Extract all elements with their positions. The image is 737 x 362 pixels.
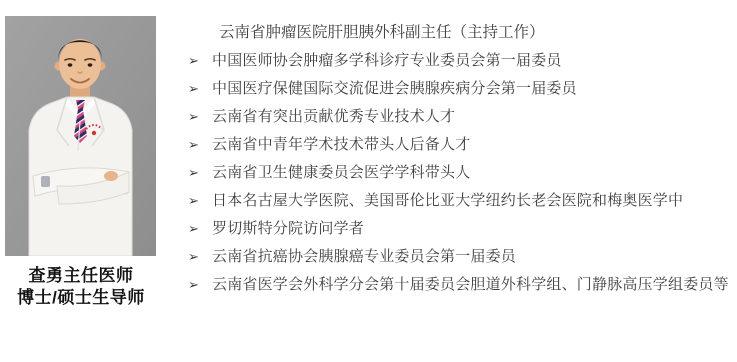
credential-item: ➢ 云南省医学会外科学分会第十届委员会胆道外科学组、门静脉高压学组委员等 (185, 271, 733, 299)
profile-page: 查勇主任医师 博士/硕士生导师 云南省肿瘤医院肝胆胰外科副主任（主持工作） ➢ … (0, 0, 737, 362)
credential-item: ➢ 中国医师协会肿瘤多学科诊疗专业委员会第一届委员 (185, 47, 733, 75)
doctor-portrait-illustration (5, 16, 156, 256)
credential-item: ➢ 云南省抗癌协会胰腺癌专业委员会第一届委员 (185, 243, 733, 271)
credential-item: ➢ 中国医疗保健国际交流促进会胰腺疾病分会第一届委员 (185, 75, 733, 103)
credential-item: ➢ 云南省卫生健康委员会医学学科带头人 (185, 159, 733, 187)
credential-text: 日本名古屋大学医院、美国哥伦比亚大学纽约长老会医院和梅奥医学中 (212, 187, 683, 215)
credentials-title: 云南省肿瘤医院肝胆胰外科副主任（主持工作） (185, 19, 733, 47)
arrow-bullet-icon: ➢ (185, 215, 212, 243)
credential-text: 云南省抗癌协会胰腺癌专业委员会第一届委员 (212, 243, 516, 271)
doctor-photo (5, 16, 156, 256)
credential-text: 云南省医学会外科学分会第十届委员会胆道外科学组、门静脉高压学组委员等 (212, 271, 729, 299)
arrow-bullet-icon: ➢ (185, 131, 212, 159)
credential-text: 云南省中青年学术技术带头人后备人才 (212, 131, 470, 159)
credentials-list: 云南省肿瘤医院肝胆胰外科副主任（主持工作） ➢ 中国医师协会肿瘤多学科诊疗专业委… (185, 19, 733, 299)
doctor-degree-title: 博士/硕士生导师 (0, 287, 162, 309)
arrow-bullet-icon: ➢ (185, 243, 212, 271)
credential-text: 中国医疗保健国际交流促进会胰腺疾病分会第一届委员 (212, 75, 577, 103)
arrow-bullet-icon: ➢ (185, 271, 212, 299)
arrow-bullet-icon: ➢ (185, 75, 212, 103)
doctor-name-title: 查勇主任医师 (0, 265, 162, 287)
credential-text: 云南省有突出贡献优秀专业技术人才 (212, 103, 455, 131)
wrist-watch (41, 176, 50, 187)
doctor-name-block: 查勇主任医师 博士/硕士生导师 (0, 265, 162, 309)
arrow-bullet-icon: ➢ (185, 103, 212, 131)
arrow-bullet-icon: ➢ (185, 159, 212, 187)
arrow-bullet-icon: ➢ (185, 187, 212, 215)
credential-text: 中国医师协会肿瘤多学科诊疗专业委员会第一届委员 (212, 47, 562, 75)
arrow-bullet-icon: ➢ (185, 47, 212, 75)
credential-item: ➢ 罗切斯特分院访问学者 (185, 215, 733, 243)
credential-text: 罗切斯特分院访问学者 (212, 215, 364, 243)
credential-item: ➢ 日本名古屋大学医院、美国哥伦比亚大学纽约长老会医院和梅奥医学中 (185, 187, 733, 215)
credential-text: 云南省卫生健康委员会医学学科带头人 (212, 159, 470, 187)
credential-item: ➢ 云南省中青年学术技术带头人后备人才 (185, 131, 733, 159)
credential-item: ➢ 云南省有突出贡献优秀专业技术人才 (185, 103, 733, 131)
